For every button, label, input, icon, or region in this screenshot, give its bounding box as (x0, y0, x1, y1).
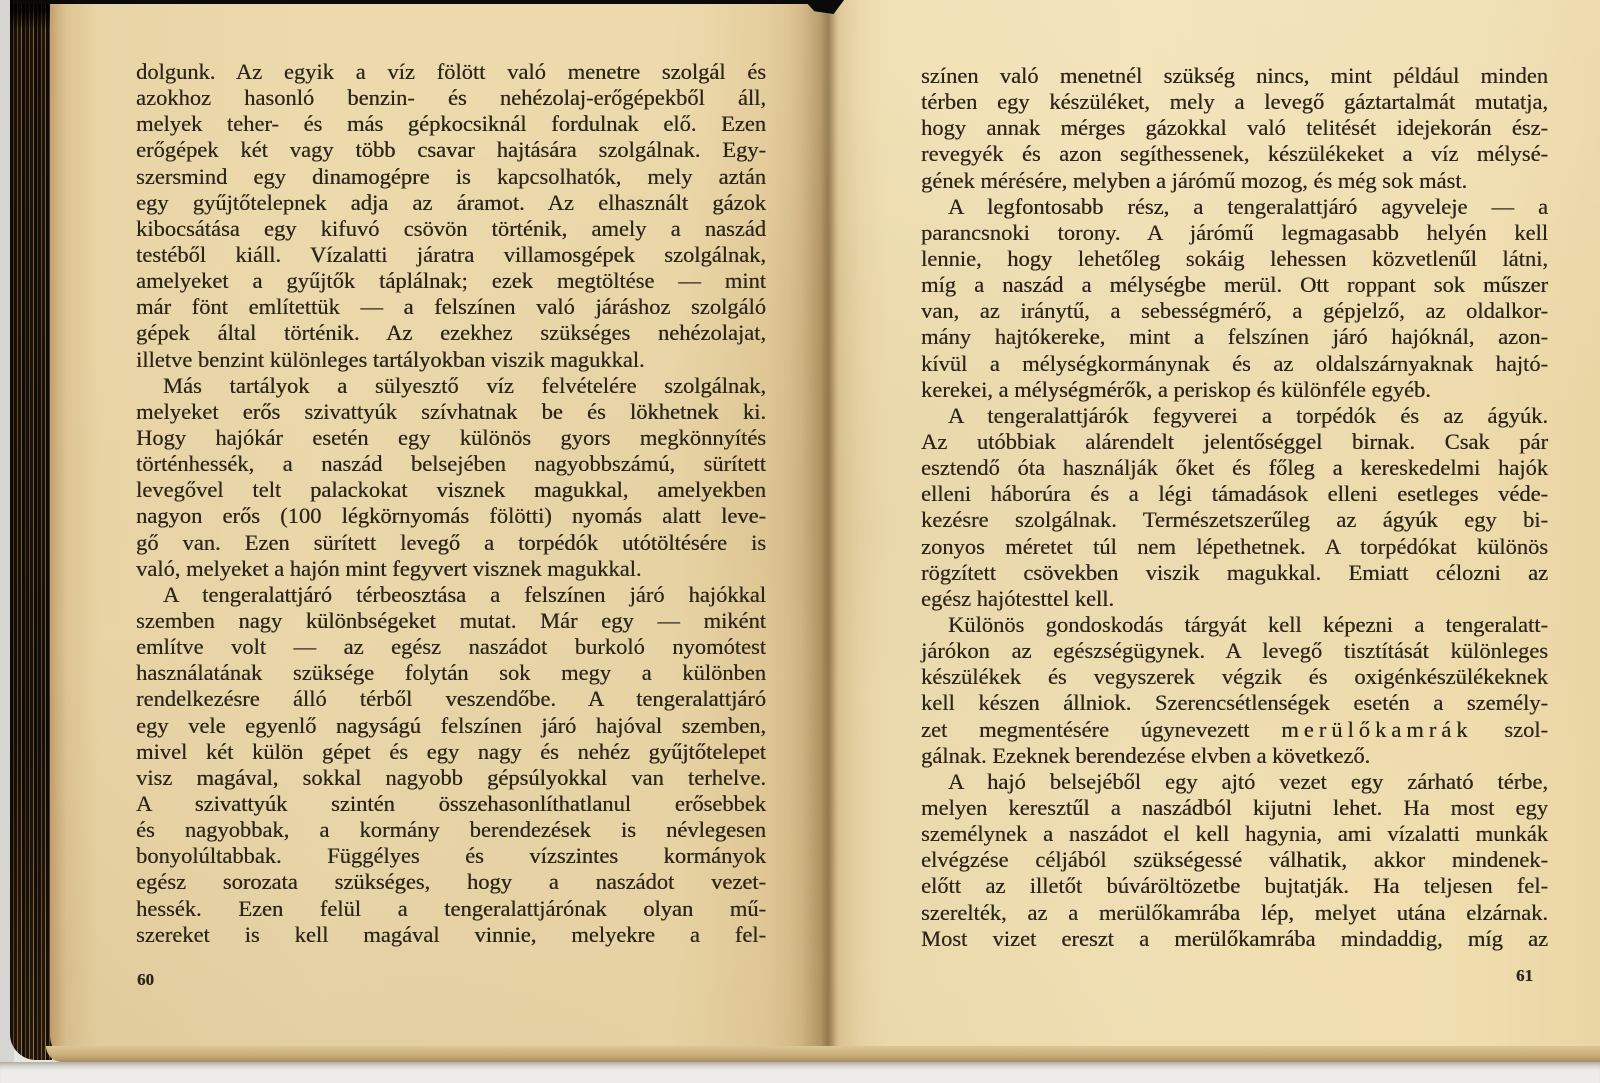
text-line: melyen keresztűl a naszádból kijutni leh… (921, 795, 1548, 821)
text-line: szereket is kell magával vinnie, melyekr… (136, 922, 766, 948)
text-line: lennie, hogy lehetőleg sokáig lehessen k… (921, 246, 1548, 272)
page-edge-stack (10, 0, 52, 1060)
text-line: melyek teher- és más gépkocsiknál fordul… (136, 111, 766, 137)
text-line: szemben nagy különbségeket mutat. Már eg… (136, 608, 766, 634)
text-line: készülékek és vegyszerek végzik és oxigé… (921, 664, 1548, 690)
text-line: erőgépek két vagy több csavar hajtására … (136, 137, 766, 163)
text-line: A hajó belsejéből egy ajtó vezet egy zár… (921, 769, 1548, 795)
text-line: kerekei, a mélységmérők, a periskop és k… (921, 377, 1548, 403)
text-line: esztendő óta használják őket és főleg a … (921, 455, 1548, 481)
book-spread-scan: dolgunk. Az egyik a víz fölött való mene… (0, 0, 1600, 1083)
text-line: kell készen állniok. Szerencsétlenségek … (921, 690, 1548, 716)
text-line: visz magával, sokkal nagyobb gépsúlyokka… (136, 765, 766, 791)
text-line: revegyék és azon segíthessenek, készülék… (921, 141, 1548, 167)
text-line: levegővel telt palackokat visznek magukk… (136, 477, 766, 503)
right-page-text: színen való menetnél szükség nincs, mint… (921, 63, 1548, 952)
text-line: dolgunk. Az egyik a víz fölött való mene… (136, 59, 766, 85)
text-line: személynek a naszádot el kell hagynia, a… (921, 821, 1548, 847)
text-line: és nagyobbak, a kormány berendezések is … (136, 817, 766, 843)
scanner-bed-bottom (0, 1062, 1600, 1083)
text-line: mány hajtókereke, mint a felszínen járó … (921, 324, 1548, 350)
text-line: való, melyeket a hajón mint fegyvert vis… (136, 556, 766, 582)
text-line: járókon az egészségügynek. A levegő tisz… (921, 638, 1548, 664)
text-line: melyeket erős szivattyúk szívhatnak be é… (136, 399, 766, 425)
page-bottom-edge (46, 1046, 1600, 1062)
text-line: gének mérésére, melyben a járómű mozog, … (921, 168, 1548, 194)
letterspaced-word: merülőkamrák (1281, 717, 1472, 742)
text-line: nagyon erős (100 légkörnyomás fölötti) n… (136, 503, 766, 529)
text-line: A tengeralattjáró térbeosztása a felszín… (136, 582, 766, 608)
text-line: egy vele egyenlő nagyságú felszínen járó… (136, 713, 766, 739)
text-line: Különös gondoskodás tárgyát kell képezni… (921, 612, 1548, 638)
text-line: kibocsátása egy kifuvó csövön történik, … (136, 216, 766, 242)
text-line: gálnak. Ezeknek berendezése elvben a köv… (921, 743, 1548, 769)
text-line: míg a naszád a mélységbe merül. Ott ropp… (921, 272, 1548, 298)
text-line: illetve benzint különleges tartályokban … (136, 347, 766, 373)
text-line: zonyos méretet túl nem lépethetnek. A to… (921, 534, 1548, 560)
text-line: amelyeket a gyűjtők táplálnak; ezek megt… (136, 268, 766, 294)
text-line: szersmind egy dinamogépre is kapcsolható… (136, 164, 766, 190)
text-line: gépek által történik. Az ezekhez szükség… (136, 320, 766, 346)
text-line: egy gyűjtőtelepnek adja az áramot. Az el… (136, 190, 766, 216)
text-line: zet megmentésére úgynevezett merülőkamrá… (921, 717, 1548, 743)
text-line: térben egy készüléket, mely a levegő gáz… (921, 89, 1548, 115)
text-line: elvégzése céljából szükségessé válhatik,… (921, 847, 1548, 873)
text-line: egész hajótesttel kell. (921, 586, 1548, 612)
text-line: egész sorozata szükséges, hogy a naszádo… (136, 869, 766, 895)
text-line: történhessék, a naszád belsejében nagyob… (136, 451, 766, 477)
text-line: színen való menetnél szükség nincs, mint… (921, 63, 1548, 89)
text-line: A szivattyúk szintén összehasonlíthatlan… (136, 791, 766, 817)
text-line: A tengeralattjárók fegyverei a torpédók … (921, 403, 1548, 429)
text-line: már fönt említettük — a felszínen való j… (136, 294, 766, 320)
page-number-left: 60 (137, 970, 154, 990)
text-line: parancsnoki torony. A járómű legmagasabb… (921, 220, 1548, 246)
text-line: hessék. Ezen felül a tengeralattjárónak … (136, 896, 766, 922)
text-line: elleni háborúra és a légi támadások elle… (921, 481, 1548, 507)
text-line: hogy annak mérges gázokkal való telitésé… (921, 115, 1548, 141)
text-line: testéből kiáll. Vízalatti járatra villam… (136, 242, 766, 268)
text-line: Most vizet ereszt a merülőkamrába mindad… (921, 926, 1548, 952)
text-line: bonyolúltabbak. Függélyes és vízszintes … (136, 843, 766, 869)
text-line: rögzített csövekben viszik magukkal. Emi… (921, 560, 1548, 586)
text-line: említve volt — az egész naszádot burkoló… (136, 634, 766, 660)
scan-top-edge (12, 0, 836, 4)
page-number-right: 61 (1516, 966, 1533, 986)
text-line: Hogy hajókár esetén egy különös gyors me… (136, 425, 766, 451)
text-line: előtt az illetőt búváröltözetbe bujtatjá… (921, 873, 1548, 899)
text-line: A legfontosabb rész, a tengeralattjáró a… (921, 194, 1548, 220)
text-line: szerelték, az a merülőkamrába lép, melye… (921, 900, 1548, 926)
text-line: van, az iránytű, a sebességmérő, a gépje… (921, 298, 1548, 324)
text-line: mivel két külön gépet és egy nagy és neh… (136, 739, 766, 765)
text-line: Az utóbbiak alárendelt jelentőséggel bir… (921, 429, 1548, 455)
text-line: gő van. Ezen sürített levegő a torpédók … (136, 530, 766, 556)
text-line: Más tartályok a sülyesztő víz felvételér… (136, 373, 766, 399)
left-page-text: dolgunk. Az egyik a víz fölött való mene… (136, 59, 766, 948)
text-line: használatának szüksége folytán sok megy … (136, 660, 766, 686)
text-line: rendelkezésre álló térből veszendőbe. A … (136, 686, 766, 712)
text-line: kívül a mélységkormánynak és az oldalszá… (921, 351, 1548, 377)
text-line: azokhoz hasonló benzin- és nehézolaj-erő… (136, 85, 766, 111)
text-line: kezésre szolgálnak. Természetszerűleg az… (921, 507, 1548, 533)
